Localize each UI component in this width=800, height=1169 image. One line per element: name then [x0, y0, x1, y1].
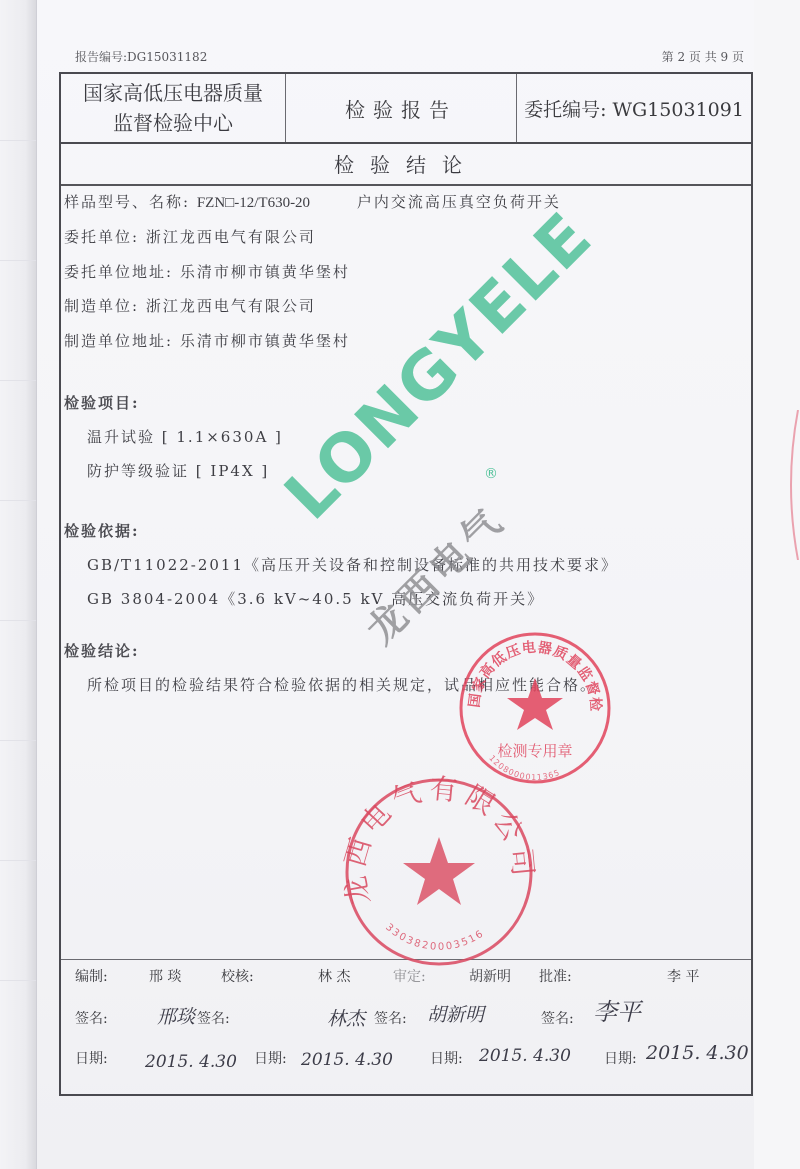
- section-title: 检验结论: [61, 142, 751, 186]
- date-label: 日期:: [254, 1048, 287, 1068]
- svg-text:检测专用章: 检测专用章: [497, 742, 572, 760]
- role-name: 胡新明: [469, 966, 511, 986]
- handwritten-signature: 胡新明: [427, 1000, 484, 1027]
- adjacent-page-edge: [0, 0, 37, 1169]
- manufacturer: 制造单位: 浙江龙西电气有限公司: [64, 295, 316, 316]
- handwritten-signature: 林杰: [327, 1004, 365, 1031]
- issuing-organization: 国家高低压电器质量 监督检验中心: [61, 74, 286, 142]
- date-label: 日期:: [604, 1048, 637, 1068]
- role-label: 审定:: [393, 966, 426, 986]
- role-label: 校核:: [221, 966, 254, 986]
- partial-seal-edge: [784, 410, 800, 560]
- company-seal: 龙西电气有限公司 3303820003516: [342, 775, 536, 969]
- title-row: 国家高低压电器质量 监督检验中心 检验报告 委托编号: WG15031091: [61, 74, 751, 144]
- test-basis-item: GB/T11022-2011《高压开关设备和控制设备标准的共用技术要求》: [87, 554, 618, 575]
- test-items-heading: 检验项目:: [64, 392, 140, 413]
- role-label: 批准:: [539, 966, 572, 986]
- handwritten-date: 2015. 4.30: [646, 1042, 749, 1064]
- commission-number: 委托编号: WG15031091: [517, 74, 751, 142]
- date-label: 日期:: [430, 1048, 463, 1068]
- test-item: 温升试验 [ 1.1×630A ]: [87, 426, 283, 447]
- role-label: 编制:: [75, 966, 108, 986]
- sample-model: FZN□-12/T630-20: [197, 195, 310, 211]
- test-item: 防护等级验证 [ IP4X ]: [87, 460, 269, 481]
- roles-row: 编制: 邢 琰 校核: 林 杰 审定: 胡新明 批准: 李 平: [61, 966, 751, 996]
- inspection-seal: 国家高低压电器质量监督检验中心 检测专用章 1208000011365: [455, 628, 615, 788]
- signature-block: 编制: 邢 琰 校核: 林 杰 审定: 胡新明 批准: 李 平 签名: 邢琰 签…: [61, 959, 751, 1094]
- handwritten-date: 2015. 4.30: [479, 1046, 571, 1066]
- org-line-1: 国家高低压电器质量: [83, 78, 263, 108]
- sign-label: 签名:: [541, 1008, 574, 1028]
- dates-row: 日期: 2015. 4.30 日期: 2015. 4.30 日期: 2015. …: [61, 1048, 751, 1078]
- test-basis-item: GB 3804-2004《3.6 kV~40.5 kV 高压交流负荷开关》: [87, 588, 544, 609]
- sign-label: 签名:: [75, 1008, 108, 1028]
- sample-label: 样品型号、名称:: [64, 193, 190, 211]
- date-label: 日期:: [75, 1048, 108, 1068]
- handwritten-signature: 邢琰: [157, 1002, 195, 1029]
- role-name: 林 杰: [318, 966, 350, 986]
- sample-line: 样品型号、名称: FZN□-12/T630-20 户内交流高压真空负荷开关: [64, 191, 561, 212]
- signatures-row: 签名: 邢琰 签名: 林杰 签名: 胡新明 签名: 李平: [61, 1008, 751, 1038]
- page-info: 第 2 页 共 9 页: [662, 48, 744, 65]
- svg-text:3303820003516: 3303820003516: [383, 922, 487, 953]
- page-edge-right: [754, 0, 800, 1169]
- role-name: 李 平: [667, 966, 699, 986]
- report-number: 报告编号:DG15031182: [75, 48, 207, 65]
- client-address: 委托单位地址: 乐清市柳市镇黄华堡村: [64, 261, 350, 282]
- client-unit: 委托单位: 浙江龙西电气有限公司: [64, 226, 316, 247]
- test-basis-heading: 检验依据:: [64, 520, 140, 541]
- sign-label: 签名:: [197, 1008, 230, 1028]
- sample-name: 户内交流高压真空负荷开关: [357, 193, 561, 211]
- sign-label: 签名:: [374, 1008, 407, 1028]
- manufacturer-address: 制造单位地址: 乐清市柳市镇黄华堡村: [64, 330, 350, 351]
- document-type: 检验报告: [286, 74, 517, 142]
- handwritten-signature: 李平: [593, 992, 641, 1027]
- conclusion-heading: 检验结论:: [64, 640, 140, 661]
- registered-mark-icon: ®: [484, 466, 498, 482]
- page-header: 报告编号:DG15031182 第 2 页 共 9 页: [75, 45, 744, 67]
- handwritten-date: 2015. 4.30: [301, 1050, 393, 1070]
- org-line-2: 监督检验中心: [113, 108, 233, 138]
- handwritten-date: 2015. 4.30: [145, 1052, 237, 1072]
- role-name: 邢 琰: [149, 966, 181, 986]
